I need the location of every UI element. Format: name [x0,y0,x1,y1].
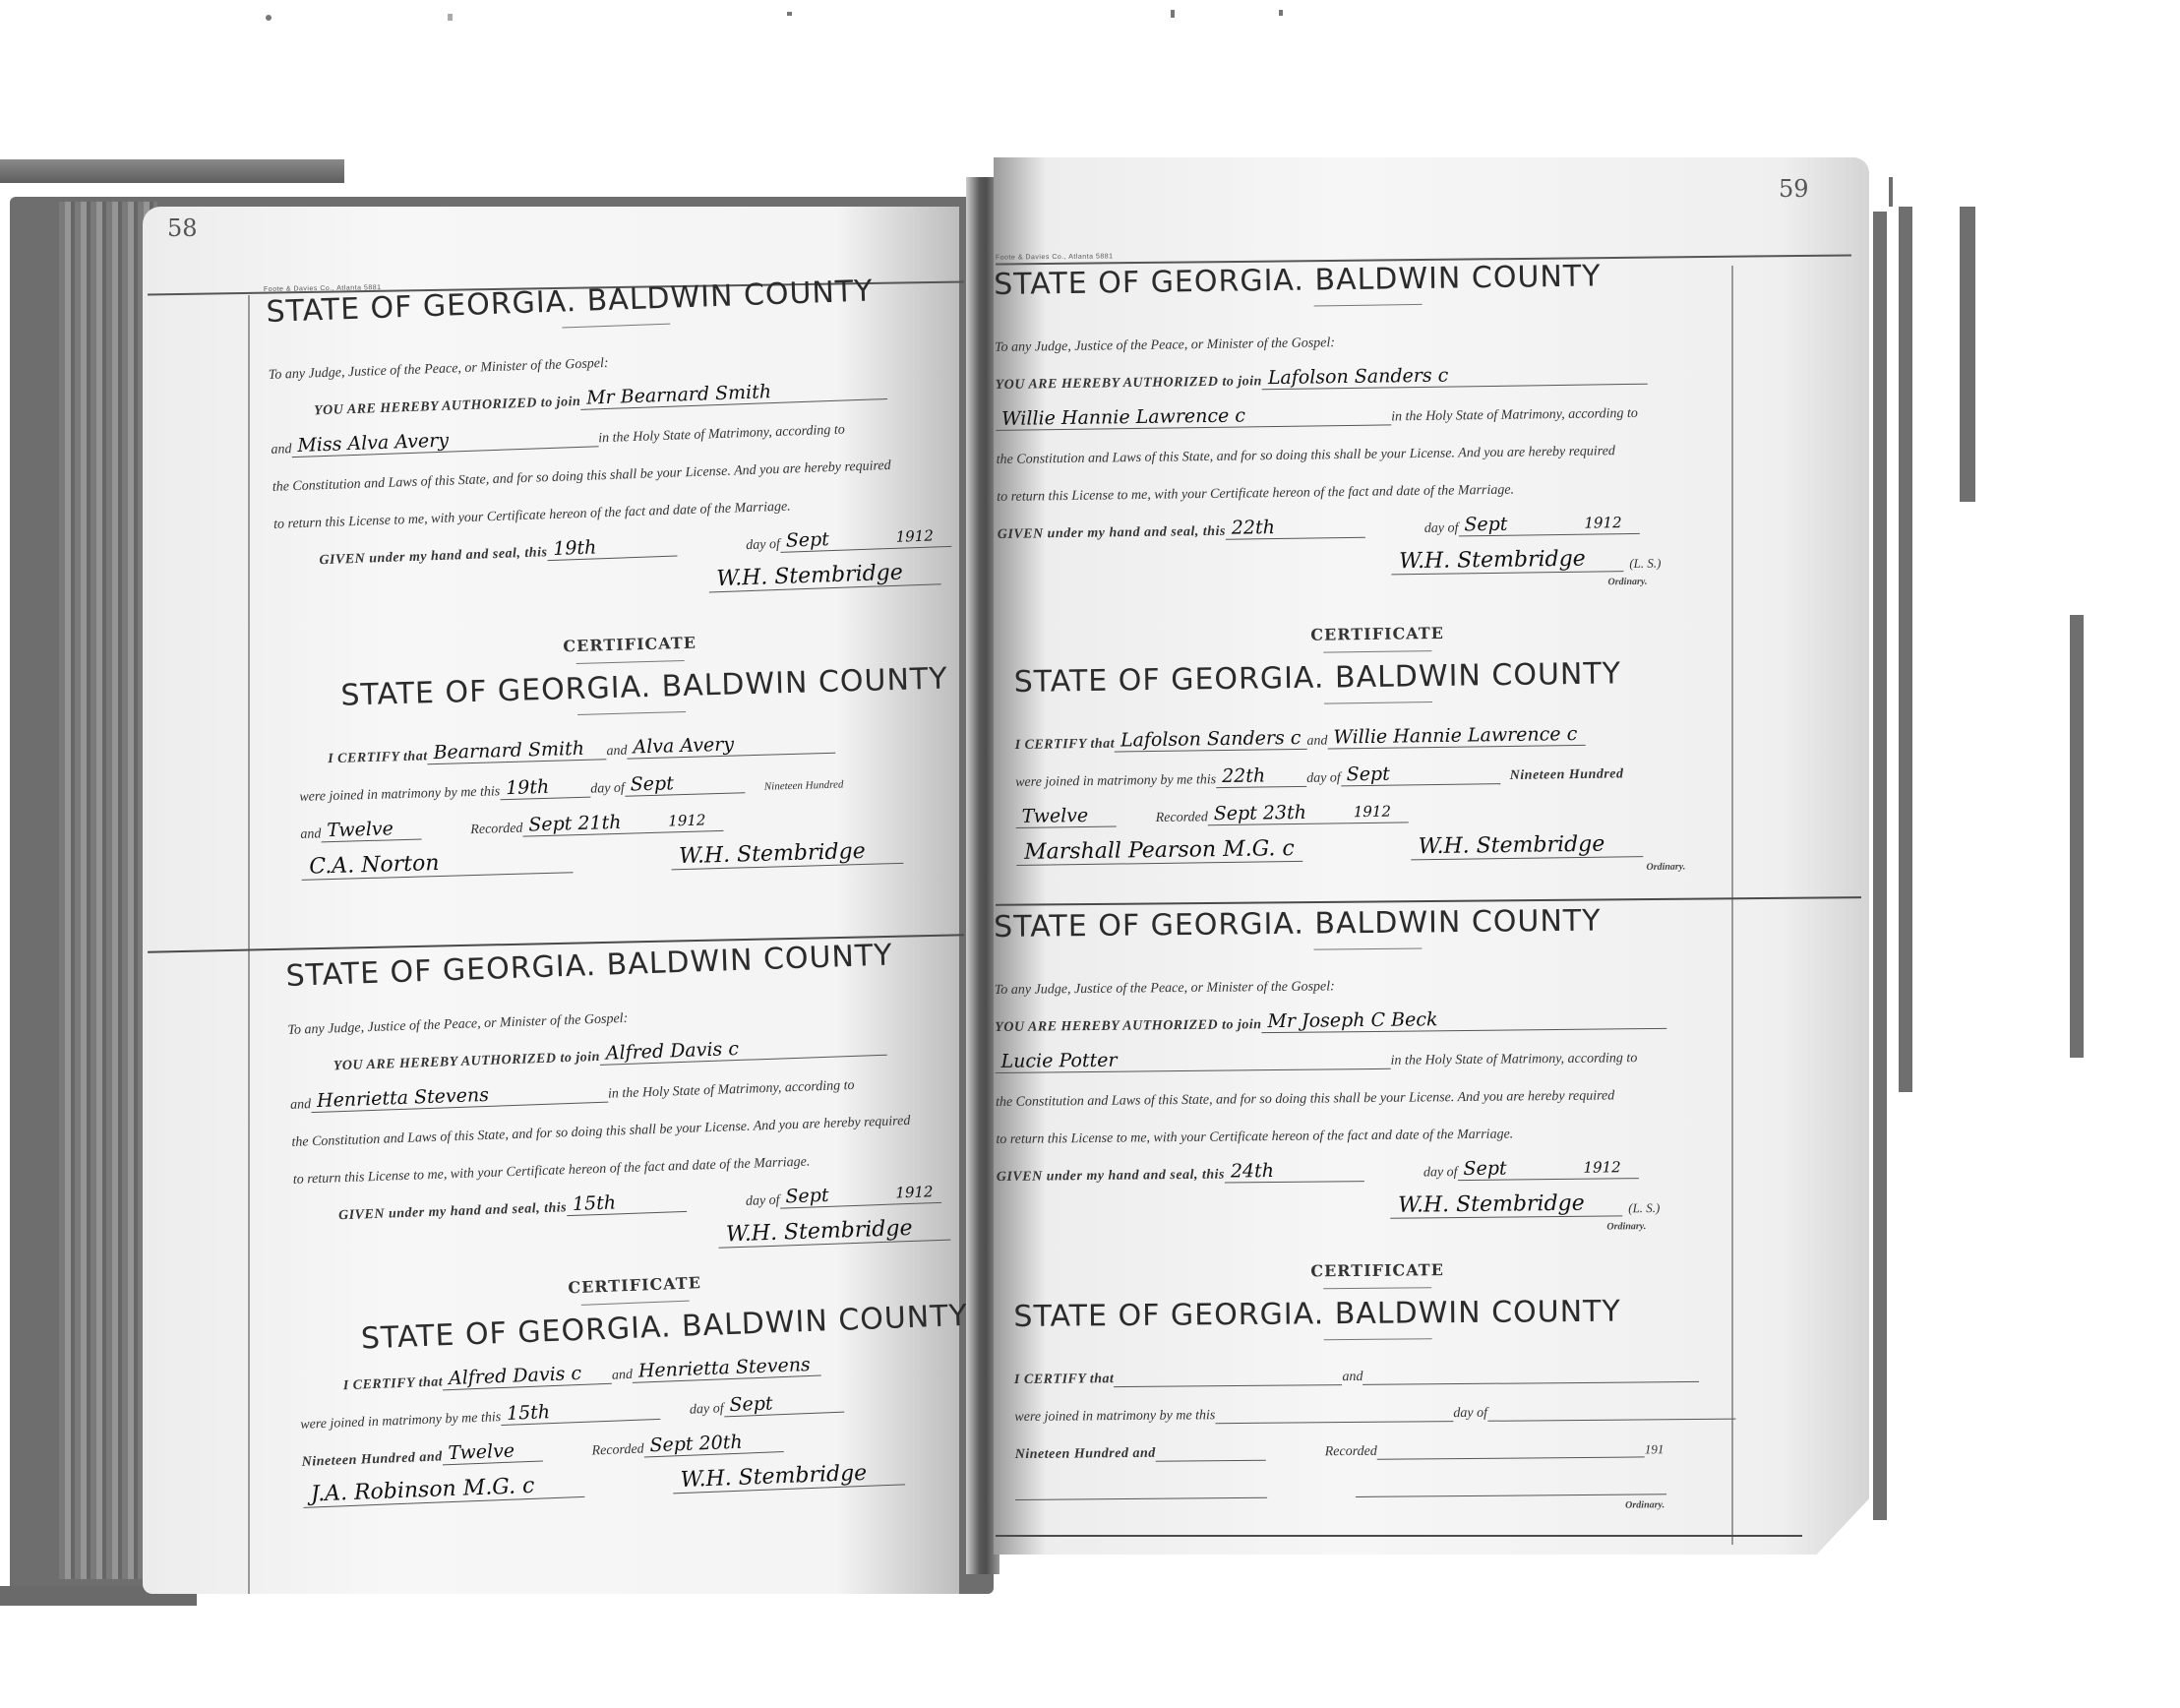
heading-underline [1324,701,1432,704]
cert-groom: Lafolson Sanders c [1115,727,1307,753]
heading-underline [1324,1338,1432,1340]
certificate-form-59-top: CERTIFICATE STATE OF GEORGIA. BALDWIN CO… [1013,620,1745,884]
scan-speck [448,14,453,21]
page-number-right: 59 [1779,175,1809,203]
given-label: GIVEN under my hand and seal, this [997,1168,1225,1186]
scan-speck [787,12,792,16]
certificate-underline [1323,1287,1431,1289]
certify-label: I CERTIFY that [1014,1372,1115,1388]
recorded-label: Recorded [1325,1444,1377,1460]
certificate-underline [1323,650,1431,653]
ordinary-signature: W.H. Stembridge [1390,1190,1622,1218]
recorded-label: Recorded [591,1442,644,1460]
joined-label: were joined in matrimony by me this [1015,772,1216,791]
heading-underline [1314,304,1423,307]
day-of-label: day of [690,1401,724,1418]
day-of-label: day of [746,1193,780,1210]
seal-label: (L. S.) [1629,556,1661,572]
given-month: Sept [779,526,890,553]
state-heading: STATE OF GEORGIA. BALDWIN COUNTY [994,902,1741,945]
scan-edge-strip [1960,207,1975,502]
given-day: 15th [567,1189,688,1216]
certificate-form-58-bottom: CERTIFICATE STATE OF GEORGIA. BALDWIN CO… [295,1263,982,1508]
license-form-58-bottom: STATE OF GEORGIA. BALDWIN COUNTY To any … [285,936,974,1263]
day-of-label: day of [746,537,780,554]
ordinary-label: Ordinary. [1646,861,1685,873]
nineteen-hundred-and-label: Nineteen Hundred and [1015,1446,1156,1463]
year-words: Twelve [321,817,422,842]
nineteen-hundred-label: Nineteen Hundred [764,778,844,792]
and-label: and [300,826,321,843]
and-label: and [290,1097,312,1114]
scan-edge-strip [1873,212,1887,1520]
groom-name: Mr Joseph C Beck [1261,1006,1666,1033]
given-day: 22th [1226,516,1365,540]
given-label: GIVEN under my hand and seal, this [998,524,1226,543]
page-number-left: 58 [167,214,198,242]
scan-edge-strip [2070,615,2084,1058]
given-year: 1912 [889,1181,941,1205]
and-label: and [1342,1370,1362,1385]
given-year: 1912 [889,524,951,549]
day-of-label: day of [1306,770,1341,786]
day-of-label: day of [1424,520,1459,536]
license-form-59-bottom: STATE OF GEORGIA. BALDWIN COUNTY To any … [994,902,1744,1241]
and-label: and [612,1368,634,1384]
heading-underline [1313,947,1422,949]
certificate-form-59-bottom-blank: CERTIFICATE STATE OF GEORGIA. BALDWIN CO… [1013,1258,1743,1518]
day-of-label: day of [1453,1406,1487,1422]
certify-label: I CERTIFY that [1015,737,1116,754]
day-of-label: day of [1423,1165,1458,1181]
given-day: 19th [547,534,678,562]
officiant-signature: Marshall Pearson M.G. c [1016,836,1302,866]
seal-label: (L. S.) [1628,1200,1660,1216]
nineteen-hundred-label: Nineteen Hundred [1510,766,1624,784]
scan-speck [1171,10,1175,18]
joined-month: Sept [1341,762,1500,786]
day-of-label: day of [590,781,625,798]
year-words: Twelve [442,1438,543,1465]
heading-underline [577,711,686,715]
scan-edge-strip [1889,177,1893,207]
joined-day: 19th [500,775,591,801]
cert-bride: Willie Hannie Lawrence c [1327,723,1585,750]
year-words: Twelve [1015,805,1116,828]
certify-label: I CERTIFY that [328,749,428,767]
printer-imprint: Foote & Davies Co., Atlanta 5881 [996,253,1114,261]
scan-speck [1279,10,1283,16]
certificate-underline [576,660,685,664]
scan-speck [266,15,272,21]
joined-label: were joined in matrimony by me this [1014,1408,1215,1426]
ordinary-label: Ordinary. [1607,577,1647,588]
state-heading: STATE OF GEORGIA. BALDWIN COUNTY [1014,655,1742,700]
scan-edge-strip [1899,207,1912,1092]
authorized-label: YOU ARE HEREBY AUTHORIZED to join [995,1017,1261,1036]
certificate-underline [581,1301,690,1306]
ordinary-label: Ordinary. [1625,1499,1665,1510]
given-month: Sept [1457,1157,1577,1181]
and-label: and [1306,734,1327,750]
certificate-form-58-top: CERTIFICATE STATE OF GEORGIA. BALDWIN CO… [295,626,970,881]
recorded-year-prefix: 191 [1645,1441,1665,1457]
license-form-59-top: STATE OF GEORGIA. BALDWIN COUNTY To any … [994,257,1746,598]
ordinary-signature: W.H. Stembridge [1391,546,1623,575]
recorded-label: Recorded [1156,810,1208,826]
state-heading: STATE OF GEORGIA. BALDWIN COUNTY [1013,1294,1741,1334]
ordinary-signature: W.H. Stembridge [1411,831,1643,860]
joined-month: Sept [624,770,745,796]
state-heading: STATE OF GEORGIA. BALDWIN COUNTY [296,661,966,714]
recorded-date: Sept 23th [1208,801,1348,825]
and-label: and [271,442,292,458]
recorded-year: 1912 [1348,800,1409,823]
and-label: and [606,744,627,761]
ordinary-label: Ordinary. [1606,1221,1646,1232]
joined-month: Sept [723,1390,844,1418]
recorded-year: 1912 [662,809,724,833]
recorded-date: Sept 21th [522,811,663,837]
given-day: 24th [1225,1159,1364,1183]
bride-name: Lucie Potter [995,1047,1390,1073]
joined-day: 22th [1216,764,1306,788]
given-month: Sept [779,1183,890,1209]
holy-state-text: in the Holy State of Matrimony, accordin… [1391,1051,1638,1069]
page-bottom-rule [996,1535,1802,1537]
margin-rule [248,295,250,1594]
book-top-edge [0,159,344,183]
recorded-label: Recorded [470,822,523,838]
given-year: 1912 [1578,512,1639,535]
license-form-58-top: STATE OF GEORGIA. BALDWIN COUNTY To any … [266,271,975,608]
heading-underline [562,324,670,329]
given-month: Sept [1458,513,1578,537]
given-year: 1912 [1577,1156,1638,1180]
